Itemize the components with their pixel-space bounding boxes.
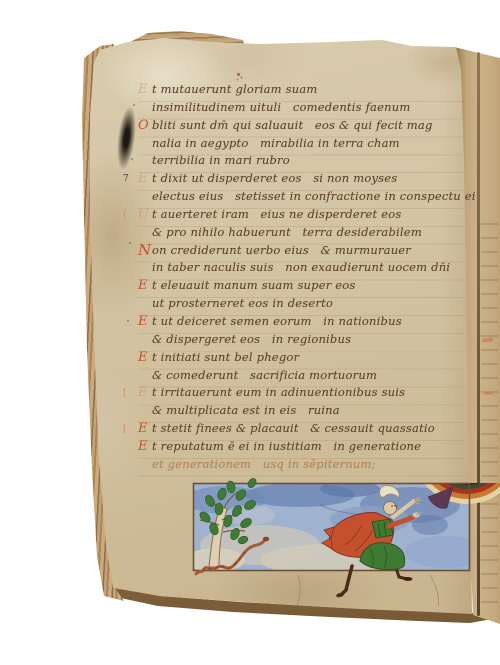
text-line: electus eius stetisset in confractione i… (152, 188, 470, 206)
line-text: t reputatum ē ei in iustitiam in generat… (152, 439, 421, 453)
initial-letter: E (138, 313, 148, 331)
initial-letter: O (138, 117, 149, 135)
initial-letter: E (138, 277, 148, 295)
line-text: & pro nihilo habuerunt terra desiderabil… (152, 225, 422, 239)
prick-mark (129, 242, 131, 244)
line-text: & multiplicata est in eis ruina (152, 403, 340, 417)
initial-letter: E (138, 438, 148, 456)
initial-letter: E (138, 420, 148, 438)
margin-marker: [ (123, 421, 127, 439)
prick-mark (127, 320, 129, 322)
line-text: t ut deiceret semen eorum in nationibus (152, 314, 402, 328)
initial-letter: E (138, 349, 148, 367)
red-bleedthrough-mark (484, 392, 493, 395)
line-text: t dixit ut disperderet eos si non moyses (152, 171, 397, 185)
text-line: nalia in aegypto mirabilia in terra cham (152, 135, 470, 153)
text-line: in taber naculis suis non exaudierunt uo… (152, 259, 470, 277)
psalm-text-block: Et mutauerunt gloriam suam insimilitudin… (152, 81, 470, 474)
text-line: & multiplicata est in eis ruina (152, 402, 470, 420)
initial-letter: E (138, 384, 148, 402)
text-line: & pro nihilo habuerunt terra desiderabil… (152, 224, 470, 242)
text-line: Et ut deiceret semen eorum in nationibus (152, 313, 470, 331)
line-text: on crediderunt uerbo eius & murmurauer (152, 243, 411, 257)
miniature-illustration (185, 468, 500, 608)
line-text: ut prosterneret eos in deserto (152, 296, 333, 310)
initial-letter: N (138, 242, 151, 260)
head (384, 502, 397, 515)
text-line: Non crediderunt uerbo eius & murmurauer (152, 242, 470, 260)
text-line: terribilia in mari rubro (152, 152, 470, 170)
text-line: & comederunt sacrificia mortuorum (152, 367, 470, 385)
initial-letter: U (138, 206, 149, 224)
text-line: Et reputatum ē ei in iustitiam in genera… (152, 438, 470, 456)
manuscript-photo: Et mutauerunt gloriam suam insimilitudin… (0, 0, 500, 665)
line-text: terribilia in mari rubro (152, 153, 290, 167)
line-text: & comederunt sacrificia mortuorum (152, 368, 377, 382)
prick-mark (131, 158, 133, 160)
text-line: Et eleuauit manum suam super eos (152, 277, 470, 295)
text-line: [Et stetit finees & placauit & cessauit … (152, 420, 470, 438)
initial-letter: E (138, 170, 148, 188)
margin-marker: ( (123, 207, 127, 225)
text-line: 7Et dixit ut disperderet eos si non moys… (152, 170, 470, 188)
line-text: t stetit finees & placauit & cessauit qu… (152, 421, 435, 435)
line-text: t mutauerunt gloriam suam (152, 82, 318, 96)
text-line: & dispergeret eos in regionibus (152, 331, 470, 349)
line-text: t irritauerunt eum in adinuentionibus su… (152, 385, 405, 399)
parchment-creases (296, 575, 439, 608)
margin-marker: [ (123, 385, 127, 403)
line-text: in taber naculis suis non exaudierunt uo… (152, 260, 450, 274)
line-text: t initiati sunt bel phegor (152, 350, 299, 364)
red-margin-mark (237, 73, 240, 76)
prick-mark (133, 104, 135, 106)
line-text: bliti sunt dm̄ qui saluauit eos & qui fe… (152, 118, 433, 132)
text-line: Obliti sunt dm̄ qui saluauit eos & qui f… (152, 117, 470, 135)
initial-letter: E (138, 81, 148, 99)
line-text: electus eius stetisset in confractione i… (152, 189, 476, 203)
line-text: t auerteret iram eius ne disperderet eos (152, 207, 401, 221)
text-line: ut prosterneret eos in deserto (152, 295, 470, 313)
text-line: insimilitudinem uituli comedentis faenum (152, 99, 470, 117)
line-text: & dispergeret eos in regionibus (152, 332, 351, 346)
text-line: Et mutauerunt gloriam suam (152, 81, 470, 99)
chest-panel (372, 519, 393, 538)
text-line: (Ut auerteret iram eius ne disperderet e… (152, 206, 470, 224)
text-line: [Et irritauerunt eum in adinuentionibus … (152, 384, 470, 402)
text-line: Et initiati sunt bel phegor (152, 349, 470, 367)
line-text: insimilitudinem uituli comedentis faenum (152, 100, 410, 114)
margin-marker: 7 (123, 171, 129, 189)
line-text: nalia in aegypto mirabilia in terra cham (152, 136, 400, 150)
line-text: t eleuauit manum suam super eos (152, 278, 356, 292)
